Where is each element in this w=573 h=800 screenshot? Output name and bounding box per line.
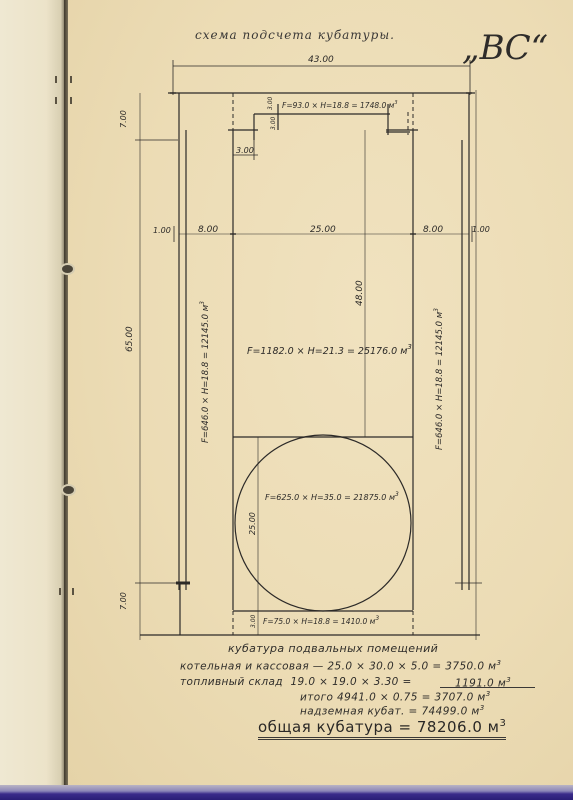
formula-top-annex: F=93.0 × H=18.8 = 1748.0 м3 [282,100,398,110]
dim-circle-diameter: 25.00 [248,512,257,535]
sum-rule [440,687,535,688]
summary-line-fuel: топливный склад 19.0 × 19.0 × 3.30 = 119… [180,676,412,688]
formula-right-wing: F=646.0 × H=18.8 = 12145.0 м3 [433,308,445,450]
summary-line-subtotal: итого 4941.0 × 0.75 = 3707.0 м3 [300,690,491,704]
dim-overall-height: 65.00 [125,326,135,352]
formula-bottom-strip: F=75.0 × H=18.8 = 1410.0 м3 [263,615,379,626]
dim-left-margin: 1.00 [153,226,171,235]
summary-line-boiler: котельная и кассовая — 25.0 × 30.0 × 5.0… [180,659,501,673]
summary-heading: кубатура подвальных помещений [228,642,438,655]
dim-notch-a: 3.00 [267,96,274,110]
dim-right-margin: 1.00 [472,225,490,234]
dim-right-wing: 8.00 [423,225,443,235]
dim-top-offset: 7.00 [119,110,128,128]
formula-circle: F=625.0 × H=35.0 = 21875.0 м3 [265,491,399,502]
dim-center-height: 48.00 [355,280,365,306]
dim-top-step: 3.00 [236,146,254,155]
dim-bottom-strip: 3.00 [250,614,257,628]
summary-total: общая кубатура = 78206.0 м3 [258,718,506,740]
summary-line-above-ground: надземная кубат. = 74499.0 м3 [300,704,485,718]
dim-center-width: 25.00 [310,225,336,235]
dim-notch-b: 3.00 [270,116,277,130]
formula-center: F=1182.0 × H=21.3 = 25176.0 м3 [247,343,412,357]
dim-bottom-offset: 7.00 [119,592,128,610]
formula-left-wing: F=646.0 × H=18.8 = 12145.0 м3 [199,301,211,443]
circular-hall-outline [235,435,411,611]
dim-overall-width: 43.00 [308,55,334,65]
dim-left-wing: 8.00 [198,225,218,235]
